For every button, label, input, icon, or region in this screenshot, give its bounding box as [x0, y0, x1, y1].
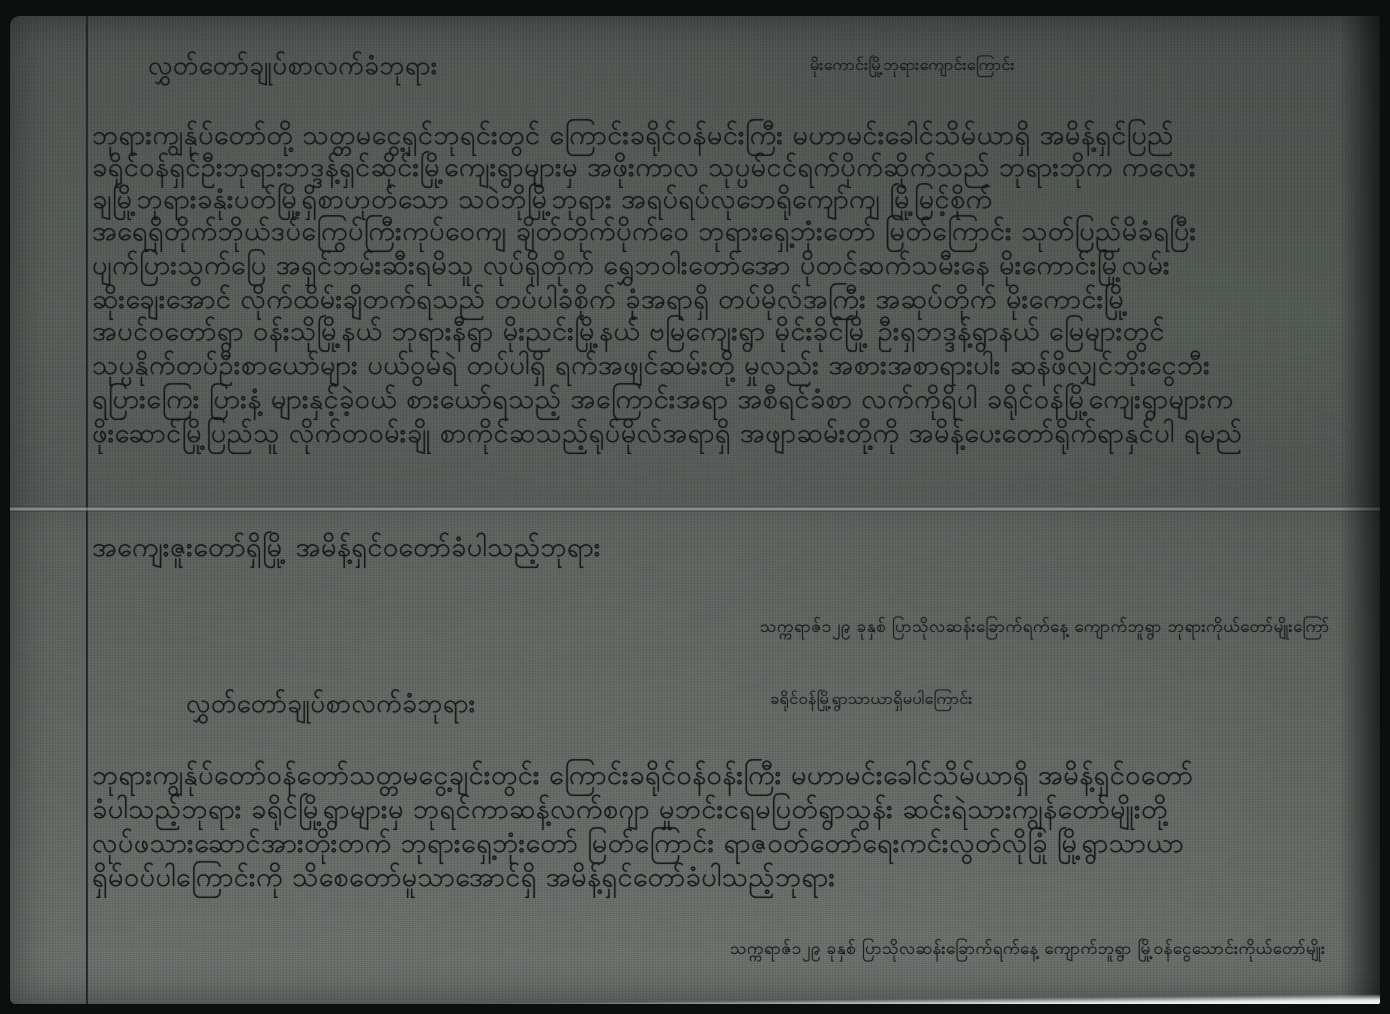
- top-panel-heading: လွှတ်တော်ချုပ်စာလက်ခံဘုရား: [148, 48, 438, 87]
- body-line: လုပ်ဖသားဆောင်အားတိုးတက် ဘုရားရှေ့ဘုံးတော…: [92, 828, 1184, 860]
- signature-line-1: သက္ကရာဇ်၁၂၉ ခုနှစ် ပြာသိုလဆန်းခြောက်ရက်န…: [760, 616, 1330, 641]
- fold-line: [10, 506, 1380, 512]
- bottom-panel-lead-line: အကျေးဇူးတော်ရှိမြို့ အမိန့်ရှင်ဝတော်ခံပါ…: [92, 532, 601, 564]
- body-line: ဆိုးချေးအောင် လိုက်ထိမ်းချိတက်ရသည် တပ်ပါ…: [92, 284, 1128, 316]
- top-panel-right-note: မိုးကောင်းမြို့ဘုရားကျောင်းကြောင်း: [810, 54, 1015, 78]
- bottom-panel-right-note: ခရိုင်ဝန်မြို့ရွာသာယာရှိမပါကြောင်း: [770, 688, 973, 712]
- body-line: ခရိုင်ဝန်ရှင်ဦးဘုရားဘဒ္ဒန့်ရှင်ဆိုင်းမြိ…: [92, 152, 1196, 184]
- body-line: ဖိုးဆောင်မြို့ပြည်သူ လိုက်တဝမ်းချို စာကိ…: [92, 418, 1242, 450]
- signature-line-2: သက္ကရာဇ်၁၂၉ ခုနှစ် ပြာသိုလဆန်းခြောက်ရက်န…: [730, 938, 1326, 963]
- body-line: သုပ္ပနိုက်တပ်ဦးစာယော်များ ပယ်ဝွမ်ရဲ တပ်ပ…: [92, 350, 1210, 382]
- body-line: အပင်ဝတော်ရွာ ဝန်းသိုမြို့နယ် ဘုရားနီရွာ …: [92, 316, 1165, 348]
- body-line: ဘုရားကျွန်ုပ်တော်တို့ သတ္တမငွေ့ရှင်ဘုရင်…: [92, 120, 1174, 152]
- manuscript-sheet: လွှတ်တော်ချုပ်စာလက်ခံဘုရား မိုးကောင်းမြိ…: [10, 16, 1380, 1004]
- body-line: ဘုရားကျွန်ုပ်တော်ဝန်တော်သတ္တမငွေ့ချင်းတွ…: [92, 760, 1193, 792]
- body-line: ရှိမ်ဝပ်ပါကြောင်းကို သိစေတော်မူသာအောင်ရှ…: [92, 862, 835, 894]
- body-line: ချမြို့ဘုရားခနုံးပတ်မြို့ရှိစာဟုတ်သော သဝ…: [92, 184, 993, 216]
- body-line: အရေရှိတိုက်ဘိုယ်ဒပ်ကြွေပ်ကြီးကုပ်ဝေကျ ချ…: [92, 216, 1197, 248]
- body-line: ရပြားကြေး ပြားနံ့ များနှင့်ခဲ့ဝယ် စားယော…: [92, 384, 1234, 416]
- bottom-panel-heading: လွှတ်တော်ချုပ်စာလက်ခံဘုရား: [186, 686, 476, 725]
- paper-bottom-edge: [10, 994, 1380, 1004]
- body-line: ပျက်ပြားသွက်ပြေ အရှင်ဘမ်းဆီးရမိသူ လုပ်ရှ…: [92, 250, 1170, 282]
- body-line: ခံပါသည့်ဘုရား ခရိုင်မြို့ရွာများမှ ဘုရင်…: [92, 794, 1168, 826]
- edge-shadow: [1340, 16, 1380, 1004]
